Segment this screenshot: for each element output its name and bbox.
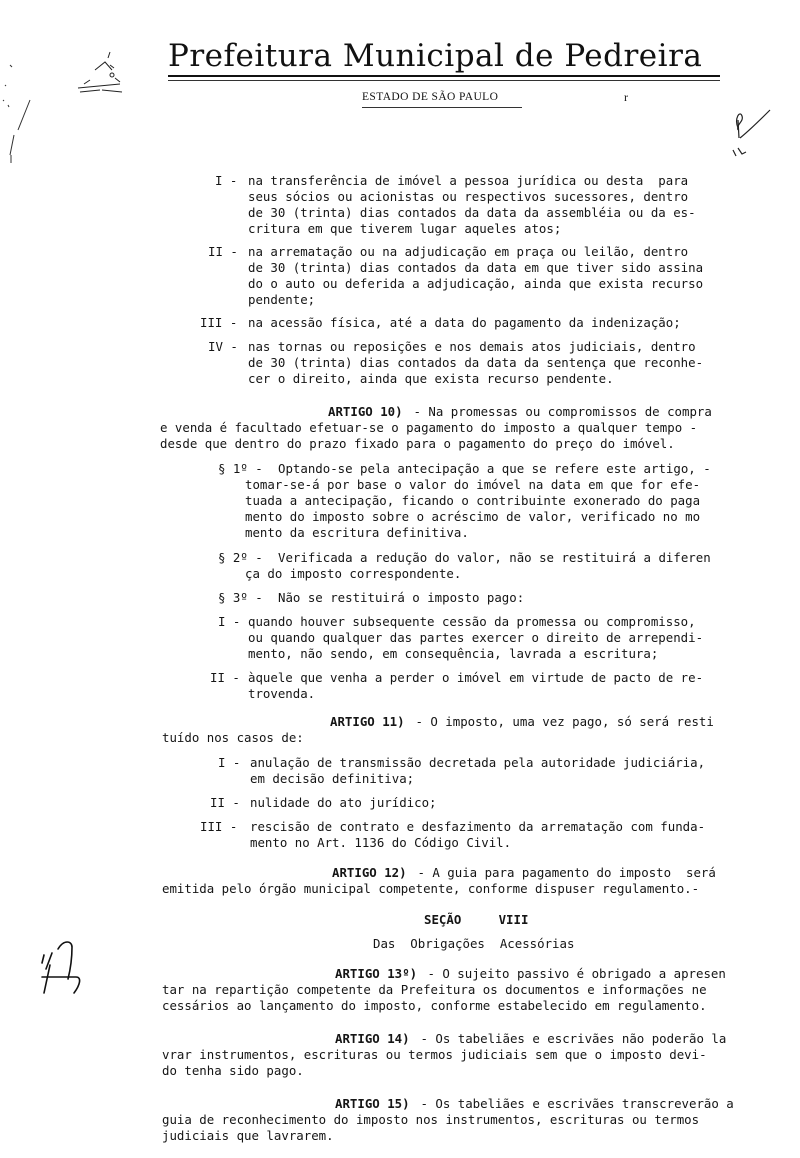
article-heading: ARTIGO 10) (328, 404, 403, 419)
text-line: - Os tabeliães e escrivães não poderão l… (413, 1031, 726, 1046)
margin-signature-icon (38, 935, 88, 1000)
text-line: anulação de transmissão decretada pela a… (250, 755, 705, 770)
text-line: tar na repartição competente da Prefeitu… (162, 982, 707, 997)
section-title: SEÇÃO VIII (424, 912, 528, 927)
text-line: mento da escritura definitiva. (245, 525, 469, 540)
state-underline (362, 107, 522, 108)
article-heading: ARTIGO 15) (335, 1096, 410, 1111)
text-line: tomar-se-á por base o valor do imóvel na… (245, 477, 700, 492)
text-line: àquele que venha a perder o imóvel em vi… (248, 670, 703, 685)
letterhead-rule-thin (168, 80, 720, 81)
text-line: de 30 (trinta) dias contados da data da … (248, 355, 703, 370)
text-line: Optando-se pela antecipação a que se ref… (278, 461, 711, 476)
text-line: vrar instrumentos, escrituras ou termos … (162, 1047, 707, 1062)
article-heading: ARTIGO 12) (332, 865, 407, 880)
text-line: - O imposto, uma vez pago, só será resti (408, 714, 714, 729)
text-line: - Os tabeliães e escrivães transcreverão… (413, 1096, 734, 1111)
text-line: critura em que tiverem lugar aqueles ato… (248, 221, 561, 236)
item-label: I - (215, 173, 237, 188)
letterhead-mark: r (624, 90, 628, 105)
text-line: trovenda. (248, 686, 315, 701)
document-page: Prefeitura Municipal de Pedreira ESTADO … (0, 0, 800, 1158)
text-line: tuído nos casos de: (162, 730, 304, 745)
item-label: III - (200, 315, 237, 330)
article-heading: ARTIGO 11) (330, 714, 405, 729)
text-line: mento do imposto sobre o acréscimo de va… (245, 509, 700, 524)
letterhead-state: ESTADO DE SÃO PAULO (362, 91, 498, 103)
item-label: III - (200, 819, 237, 834)
text-line: - Na promessas ou compromissos de compra (406, 404, 712, 419)
text-line: pendente; (248, 292, 315, 307)
text-line: na transferência de imóvel a pessoa jurí… (248, 173, 688, 188)
text-line: do o auto ou deferida a adjudicação, ain… (248, 276, 703, 291)
text-line: nulidade do ato jurídico; (250, 795, 437, 810)
item-label: I - (218, 755, 240, 770)
text-line: na acessão física, até a data do pagamen… (248, 315, 681, 330)
text-line: mento no Art. 1136 do Código Civil. (250, 835, 511, 850)
text-line: Verificada a redução do valor, não se re… (278, 550, 711, 565)
text-line: tuada a antecipação, ficando o contribui… (245, 493, 700, 508)
text-line: - O sujeito passivo é obrigado a apresen (420, 966, 726, 981)
item-label: II - (210, 670, 240, 685)
letterhead-rule (168, 75, 720, 77)
initials-signature-icon (728, 100, 778, 160)
item-label: I - (218, 614, 240, 629)
text-line: e venda é facultado efetuar-se o pagamen… (160, 420, 697, 435)
municipal-crest-icon (60, 40, 140, 100)
item-label: II - (210, 795, 240, 810)
text-line: de 30 (trinta) dias contados da data em … (248, 260, 703, 275)
section-subtitle: Das Obrigações Acessórias (373, 936, 574, 951)
text-line: Não se restituirá o imposto pago: (278, 590, 524, 605)
text-line: quando houver subsequente cessão da prom… (248, 614, 696, 629)
text-line: na arrematação ou na adjudicação em praç… (248, 244, 688, 259)
article-heading: ARTIGO 14) (335, 1031, 410, 1046)
scan-artifact-marks (0, 55, 40, 170)
text-line: emitida pelo órgão municipal competente,… (162, 881, 699, 896)
paragraph-label: § 3º - (218, 590, 263, 605)
text-line: seus sócios ou acionistas ou respectivos… (248, 189, 688, 204)
text-line: guia de reconhecimento do imposto nos in… (162, 1112, 699, 1127)
text-line: ça do imposto correspondente. (245, 566, 461, 581)
paragraph-label: § 2º - (218, 550, 263, 565)
text-line: judiciais que lavrarem. (162, 1128, 334, 1143)
text-line: rescisão de contrato e desfazimento da a… (250, 819, 705, 834)
text-line: cessários ao lançamento do imposto, conf… (162, 998, 707, 1013)
article-heading: ARTIGO 13º) (335, 966, 417, 981)
text-line: cer o direito, ainda que exista recurso … (248, 371, 614, 386)
text-line: - A guia para pagamento do imposto será (410, 865, 716, 880)
text-line: de 30 (trinta) dias contados da data da … (248, 205, 696, 220)
letterhead-title: Prefeitura Municipal de Pedreira (168, 38, 720, 74)
text-line: nas tornas ou reposições e nos demais at… (248, 339, 696, 354)
item-label: II - (208, 244, 238, 259)
text-line: desde que dentro do prazo fixado para o … (160, 436, 675, 451)
paragraph-label: § 1º - (218, 461, 263, 476)
item-label: IV - (208, 339, 238, 354)
text-line: em decisão definitiva; (250, 771, 414, 786)
text-line: ou quando qualquer das partes exercer o … (248, 630, 703, 645)
text-line: mento, não sendo, em consequência, lavra… (248, 646, 658, 661)
text-line: do tenha sido pago. (162, 1063, 304, 1078)
